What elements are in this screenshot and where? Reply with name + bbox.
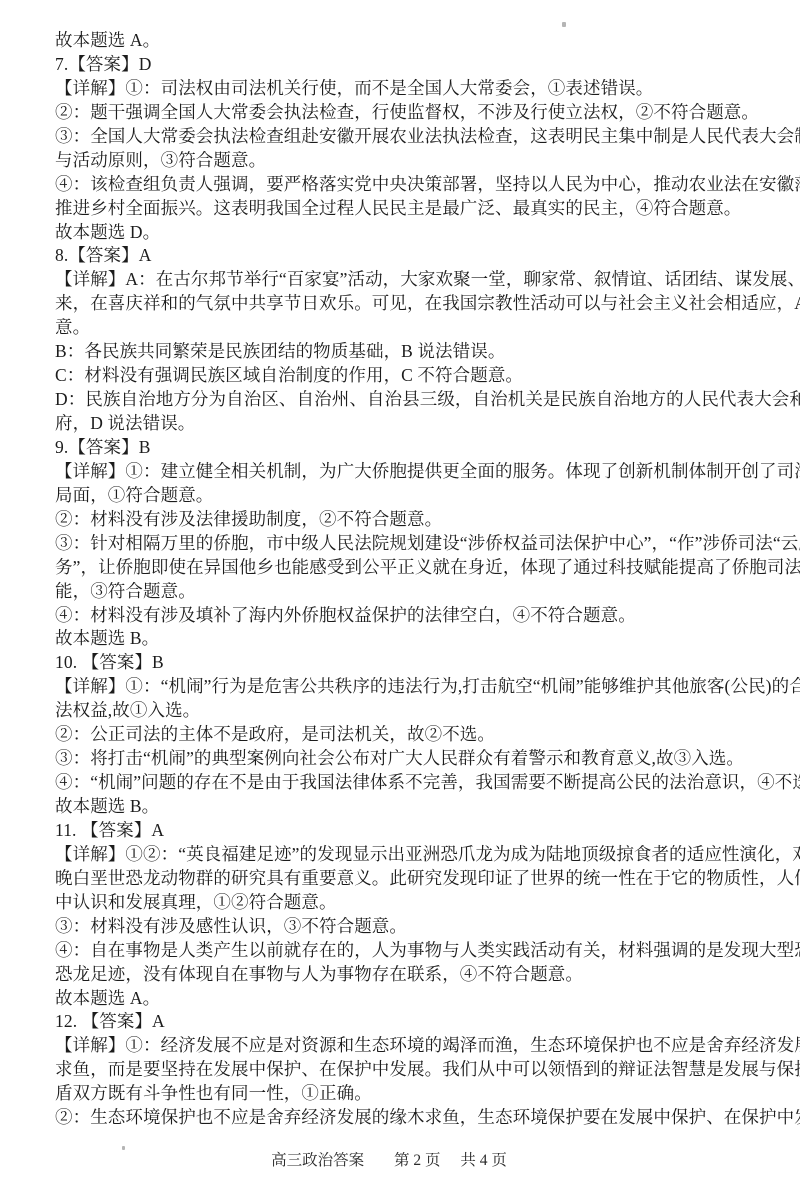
text-line: 【详解】A：在古尔邦节举行“百家宴”活动，大家欢聚一堂，聊家常、叙情谊、话团结、…: [55, 268, 757, 292]
text-line: 晚白垩世恐龙动物群的研究具有重要意义。此研究发现印证了世界的统一性在于它的物质性…: [55, 867, 757, 891]
text-line: 10. 【答案】B: [55, 651, 757, 675]
text-line: ③：针对相隔万里的侨胞，市中级人民法院规划建设“涉侨权益司法保护中心”，“作”涉…: [55, 532, 757, 556]
text-line: 11. 【答案】A: [55, 819, 757, 843]
text-line: 来，在喜庆祥和的气氛中共享节日欢乐。可见，在我国宗教性活动可以与社会主义社会相适…: [55, 292, 757, 316]
text-line: ④：材料没有涉及填补了海内外侨胞权益保护的法律空白，④不符合题意。: [55, 604, 757, 628]
text-line: 故本题选 B。: [55, 627, 757, 651]
text-line: ②：生态环境保护也不应是舍弃经济发展的缘木求鱼，生态环境保护要在发展中保护、在保…: [55, 1106, 757, 1130]
text-line: 府，D 说法错误。: [55, 412, 757, 436]
text-line: ②：材料没有涉及法律援助制度，②不符合题意。: [55, 508, 757, 532]
page-footer: 高三政治答案 第 2 页 共 4 页: [0, 1148, 789, 1170]
text-line: 9.【答案】B: [55, 436, 757, 460]
text-line: B：各民族共同繁荣是民族团结的物质基础，B 说法错误。: [55, 340, 757, 364]
text-line: C：材料没有强调民族区域自治制度的作用，C 不符合题意。: [55, 364, 757, 388]
text-line: ②：公正司法的主体不是政府，是司法机关，故②不选。: [55, 723, 757, 747]
footer-page-total: 共 4 页: [460, 1152, 507, 1169]
text-line: 中认识和发展真理，①②符合题意。: [55, 891, 757, 915]
text-line: 盾双方既有斗争性也有同一性，①正确。: [55, 1082, 757, 1106]
text-line: 务”，让侨胞即使在异国他乡也能感受到公平正义就在身近，体现了通过科技赋能提高了侨…: [55, 556, 757, 580]
text-line: 故本题选 A。: [55, 29, 757, 53]
text-line: 故本题选 A。: [55, 987, 757, 1011]
text-line: 故本题选 D。: [55, 221, 757, 245]
text-line: 12. 【答案】A: [55, 1010, 757, 1034]
text-line: 【详解】①②：“英良福建足迹”的发现显示出亚洲恐爪龙为成为陆地顶级掠食者的适应性…: [55, 843, 757, 867]
text-line: ③：材料没有涉及感性认识，③不符合题意。: [55, 915, 757, 939]
document-lines: 故本题选 A。7.【答案】D【详解】①：司法权由司法机关行使，而不是全国人大常委…: [55, 29, 757, 1130]
text-line: 能，③符合题意。: [55, 580, 757, 604]
text-line: ④：自在事物是人类产生以前就存在的，人为事物与人类实践活动有关，材料强调的是发现…: [55, 939, 757, 963]
text-line: 8.【答案】A: [55, 244, 757, 268]
footer-doc-title: 高三政治答案: [271, 1152, 364, 1169]
text-line: ③：将打击“机闹”的典型案例向社会公布对广大人民群众有着警示和教育意义,故③入选…: [55, 747, 757, 771]
text-line: 【详解】①：建立健全相关机制，为广大侨胞提供更全面的服务。体现了创新机制体制开创…: [55, 460, 757, 484]
text-line: 法权益,故①入选。: [55, 699, 757, 723]
text-line: 故本题选 B。: [55, 795, 757, 819]
text-line: 【详解】①：“机闹”行为是危害公共秩序的违法行为,打击航空“机闹”能够维护其他旅…: [55, 675, 757, 699]
footer-page-number: 第 2 页: [394, 1152, 441, 1169]
text-line: D：民族自治地方分为自治区、自治州、自治县三级，自治机关是民族自治地方的人民代表…: [55, 388, 757, 412]
text-line: 求鱼，而是要坚持在发展中保护、在保护中发展。我们从中可以领悟到的辩证法智慧是发展…: [55, 1058, 757, 1082]
text-line: ②：题干强调全国人大常委会执法检查，行使监督权，不涉及行使立法权，②不符合题意。: [55, 101, 757, 125]
text-line: 恐龙足迹，没有体现自在事物与人为事物存在联系，④不符合题意。: [55, 963, 757, 987]
text-line: 意。: [55, 316, 757, 340]
text-line: 与活动原则，③符合题意。: [55, 149, 757, 173]
text-line: 【详解】①：司法权由司法机关行使，而不是全国人大常委会，①表述错误。: [55, 77, 757, 101]
text-line: ③：全国人大常委会执法检查组赴安徽开展农业法执法检查，这表明民主集中制是人民代表…: [55, 125, 757, 149]
text-line: ④：该检查组负责人强调，要严格落实党中央决策部署，坚持以人民为中心，推动农业法在…: [55, 173, 757, 197]
document-page: 故本题选 A。7.【答案】D【详解】①：司法权由司法机关行使，而不是全国人大常委…: [0, 0, 800, 1200]
text-line: ④：“机闹”问题的存在不是由于我国法律体系不完善，我国需要不断提高公民的法治意识…: [55, 771, 757, 795]
text-line: 【详解】①：经济发展不应是对资源和生态环境的竭泽而渔，生态环境保护也不应是舍弃经…: [55, 1034, 757, 1058]
text-line: 推进乡村全面振兴。这表明我国全过程人民民主是最广泛、最真实的民主，④符合题意。: [55, 197, 757, 221]
scan-artifact: [562, 22, 566, 27]
text-line: 局面，①符合题意。: [55, 484, 757, 508]
scan-artifact: [122, 1146, 125, 1150]
text-line: 7.【答案】D: [55, 53, 757, 77]
